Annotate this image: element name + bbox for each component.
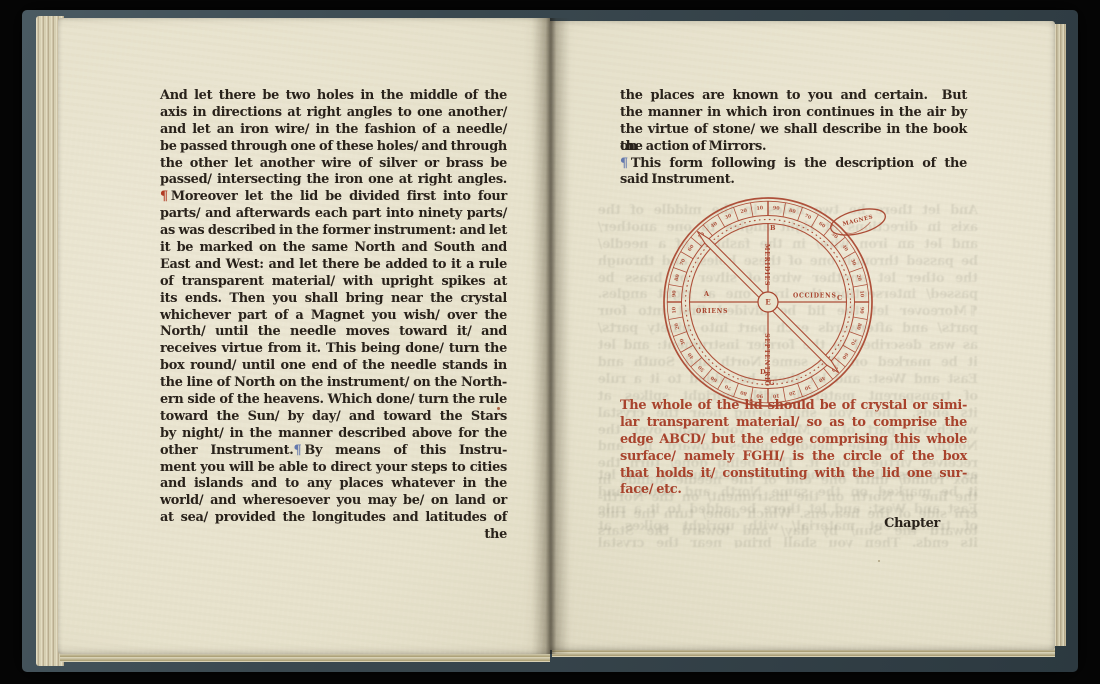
- ring-tick: [734, 207, 739, 220]
- ring-tick: [734, 383, 739, 396]
- text-line: ¶This form following is the description …: [620, 156, 967, 173]
- text-line: it be marked on the same North and South…: [160, 240, 507, 257]
- degree-number: 70: [679, 257, 688, 266]
- text-line: the other let another wire of silver or …: [160, 156, 507, 173]
- label-meridies: MERIDIES: [763, 244, 770, 286]
- text-line: the places are known to you and certain.…: [620, 88, 967, 105]
- degree-number: 20: [788, 389, 797, 397]
- text-line: at sea/ provided the longitudes and lati…: [160, 510, 507, 527]
- degree-number: 60: [817, 221, 826, 230]
- ring-tick: [673, 268, 686, 273]
- degree-number: 80: [788, 208, 797, 216]
- text-line: of transparent material/ with upright sp…: [160, 274, 507, 291]
- text-line: edge ABCD/ but the edge comprising this …: [620, 432, 967, 449]
- magnetic-instrument-diagram: 9080706050403020109080706050403020109080…: [650, 192, 890, 408]
- ring-tick: [853, 317, 867, 319]
- ring-tick: [783, 203, 785, 217]
- ring-tick: [849, 332, 862, 337]
- magnes-label: MAGNES: [842, 214, 874, 227]
- letter-C: C: [837, 294, 842, 302]
- ring-tick: [673, 332, 686, 337]
- ring-tick: [798, 383, 803, 396]
- text-line: its ends. Then you shall bring near the …: [160, 291, 507, 308]
- ring-tick: [849, 268, 862, 273]
- text-line: face/ etc.: [620, 482, 967, 499]
- page-fore-edge-right: [1055, 24, 1066, 646]
- degree-number: 90: [671, 290, 678, 298]
- letter-B: B: [770, 224, 776, 232]
- degree-number: 10: [756, 205, 764, 212]
- text-line: said Instrument.: [620, 172, 967, 189]
- degree-number: 80: [855, 322, 863, 331]
- book-photograph: And let there be two holes in the middle…: [0, 0, 1100, 684]
- degree-number: 40: [686, 351, 695, 360]
- degree-number: 70: [849, 337, 858, 346]
- text-line: that holds it/ constituting with the lid…: [620, 466, 967, 483]
- rubric-text-block: The whole of the lid should be of crysta…: [620, 398, 967, 499]
- ring-tick: [669, 317, 683, 319]
- paper-speck: [878, 560, 880, 562]
- ring-tick: [669, 284, 683, 286]
- center-letter: E: [765, 298, 770, 307]
- text-line: ern side of the heavens. Which done/ tur…: [160, 392, 507, 409]
- text-line: axis in directions at right angles to on…: [160, 105, 507, 122]
- text-line: be passed through one of these holes/ an…: [160, 139, 507, 156]
- text-line: the action of Mirrors.: [620, 139, 967, 156]
- pilcrow-mark: ¶: [160, 189, 171, 204]
- letter-A: A: [703, 290, 710, 298]
- text-line: parts/ and afterwards each part into nin…: [160, 206, 507, 223]
- text-line: And let there be two holes in the middle…: [160, 88, 507, 105]
- right-text-block: the places are known to you and certain.…: [620, 88, 967, 189]
- degree-number: 40: [840, 244, 849, 253]
- text-line: North/ until the needle moves toward it/…: [160, 324, 507, 341]
- text-line: ¶Moreover let the lid be divided first i…: [160, 189, 507, 206]
- degree-number: 90: [858, 307, 865, 315]
- catchword-left: the: [160, 527, 507, 542]
- text-line: the manner in which iron continues in th…: [620, 105, 967, 122]
- ring-tick: [798, 207, 803, 220]
- paper-speck: [497, 407, 500, 410]
- degree-number: 40: [817, 374, 826, 383]
- text-line: world/ and wheresoever you may be/ on la…: [160, 493, 507, 510]
- text-line: toward the Sun/ by day/ and toward the S…: [160, 409, 507, 426]
- degree-number: 70: [723, 383, 732, 392]
- degree-number: 20: [673, 322, 681, 331]
- degree-number: 10: [671, 306, 678, 314]
- letter-G: G: [769, 379, 775, 387]
- text-line: receives virtue from it. This being done…: [160, 341, 507, 358]
- degree-number: 50: [697, 363, 706, 372]
- degree-number: 30: [849, 258, 858, 267]
- degree-number: 90: [773, 205, 781, 212]
- text-line: lar transparent material/ so as to compr…: [620, 415, 967, 432]
- text-line: ment you will be able to direct your ste…: [160, 460, 507, 477]
- degree-number: 30: [724, 213, 733, 222]
- text-line: and let an iron wire/ in the fashion of …: [160, 122, 507, 139]
- degree-number: 70: [803, 213, 812, 222]
- text-line: the virtue of stone/ we shall describe i…: [620, 122, 967, 139]
- degree-number: 20: [740, 207, 749, 215]
- text-line: The whole of the lid should be of crysta…: [620, 398, 967, 415]
- degree-number: 60: [709, 374, 718, 383]
- text-line: other Instrument.¶By means of this Instr…: [160, 443, 507, 460]
- degree-number: 30: [679, 337, 688, 346]
- degree-number: 80: [674, 273, 682, 282]
- label-oriens: ORIENS: [696, 308, 728, 315]
- letter-D: D: [760, 368, 766, 376]
- text-line: by night/ in the manner described above …: [160, 426, 507, 443]
- label-occidens: OCCIDENS: [793, 293, 837, 300]
- left-text-block: And let there be two holes in the middle…: [160, 88, 507, 527]
- ring-tick: [853, 284, 867, 286]
- degree-number: 60: [687, 243, 696, 252]
- degree-number: 80: [739, 389, 748, 397]
- ring-tick: [750, 203, 752, 217]
- degree-number: 10: [858, 290, 865, 298]
- text-line: East and West: and let there be added to…: [160, 257, 507, 274]
- pilcrow-mark: ¶: [293, 443, 304, 458]
- text-line: as was described in the former instrumen…: [160, 223, 507, 240]
- text-line: passed/ intersecting the iron one at rig…: [160, 172, 507, 189]
- text-line: and islands and to any places whatever i…: [160, 476, 507, 493]
- pilcrow-mark: ¶: [620, 156, 631, 171]
- degree-number: 40: [710, 220, 719, 229]
- text-line: whichever part of a Magnet you wish/ ove…: [160, 308, 507, 325]
- catchword-right: Chapter: [620, 516, 940, 531]
- degree-number: 20: [855, 274, 863, 283]
- degree-number: 30: [803, 383, 812, 392]
- text-line: box round/ until one end of the needle s…: [160, 358, 507, 375]
- degree-number: 60: [840, 351, 849, 360]
- text-line: surface/ namely FGHI/ is the circle of t…: [620, 449, 967, 466]
- text-line: the line of North on the instrument/ on …: [160, 375, 507, 392]
